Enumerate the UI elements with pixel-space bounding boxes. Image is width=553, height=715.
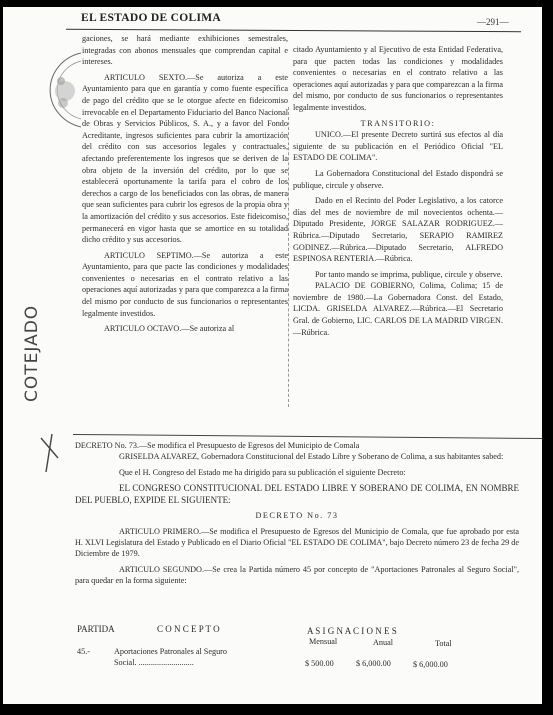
article-octavo: ARTICULO OCTAVO.—Se autoriza al (82, 323, 288, 335)
cell-total: $ 6,000.00 (413, 660, 448, 669)
section-rule (73, 434, 542, 439)
document-page: EL ESTADO DE COLIMA —291— gaciones, se h… (3, 7, 542, 704)
paragraph: gaciones, se hará mediante exhibiciones … (82, 33, 288, 68)
paragraph: La Gobernadora Constitucional del Estado… (293, 168, 503, 191)
header-rule (66, 29, 521, 32)
page-number: —291— (477, 17, 509, 27)
col-header-concepto: C O N C E P T O (157, 624, 220, 634)
article-primero: ARTICULO PRIMERO.—Se modifica el Presupu… (75, 526, 519, 560)
col-header-asignaciones: A S I G N A C I O N E S (307, 626, 397, 636)
article-sexto: ARTICULO SEXTO.—Se autoriza a este Ayunt… (82, 72, 288, 246)
article-segundo: ARTICULO SEGUNDO.—Se crea la Partida núm… (75, 564, 519, 587)
article-septimo: ARTICULO SEPTIMO.—Se autoriza a este Ayu… (82, 250, 288, 320)
decree-section: DECRETO No. 73.—Se modifica el Presupues… (75, 440, 519, 587)
paragraph: citado Ayuntamiento y al Ejecutivo de es… (293, 44, 503, 114)
running-title: EL ESTADO DE COLIMA (81, 12, 221, 24)
signatures-paragraph: Dado en el Recinto del Poder Legislativo… (293, 195, 503, 265)
col-header-mensual: Mensual (309, 637, 337, 646)
official-seal-icon (37, 51, 81, 129)
cell-concepto-line1: Aportaciones Patronales al Seguro (114, 647, 227, 656)
paragraph: GRISELDA ALVAREZ, Gobernadora Constituci… (75, 451, 519, 462)
cell-anual: $ 6,000.00 (356, 659, 391, 668)
left-column: gaciones, se hará mediante exhibiciones … (82, 33, 288, 335)
unico-paragraph: UNICO.—El presente Decreto surtirá sus e… (293, 129, 503, 164)
congress-declaration: EL CONGRESO CONSTITUCIONAL DEL ESTADO LI… (75, 482, 519, 506)
column-divider (288, 107, 289, 407)
right-column: citado Ayuntamiento y al Ejecutivo de es… (293, 44, 503, 338)
transitorio-heading: TRANSITORIO: (293, 118, 503, 130)
decree-heading: DECRETO No. 73 (75, 510, 519, 521)
paragraph: Por tanto mando se imprima, publique, ci… (293, 269, 503, 281)
decree-title-line: DECRETO No. 73.—Se modifica el Presupues… (75, 440, 519, 451)
palacio-paragraph: PALACIO DE GOBIERNO, Colima, Colima; 15 … (293, 280, 503, 338)
col-header-anual: Anual (373, 638, 393, 647)
cell-partida: 45.- (77, 647, 90, 656)
cell-concepto-line2: Social. ........................... (114, 658, 194, 667)
handwritten-annotation: COTEJADO (22, 305, 42, 402)
handwritten-mark-icon (38, 432, 62, 474)
col-header-partida: PARTIDA (77, 624, 115, 634)
col-header-total: Total (435, 639, 452, 648)
cell-mensual: $ 500.00 (305, 659, 334, 668)
paragraph: Que el H. Congreso del Estado me ha diri… (75, 467, 519, 478)
